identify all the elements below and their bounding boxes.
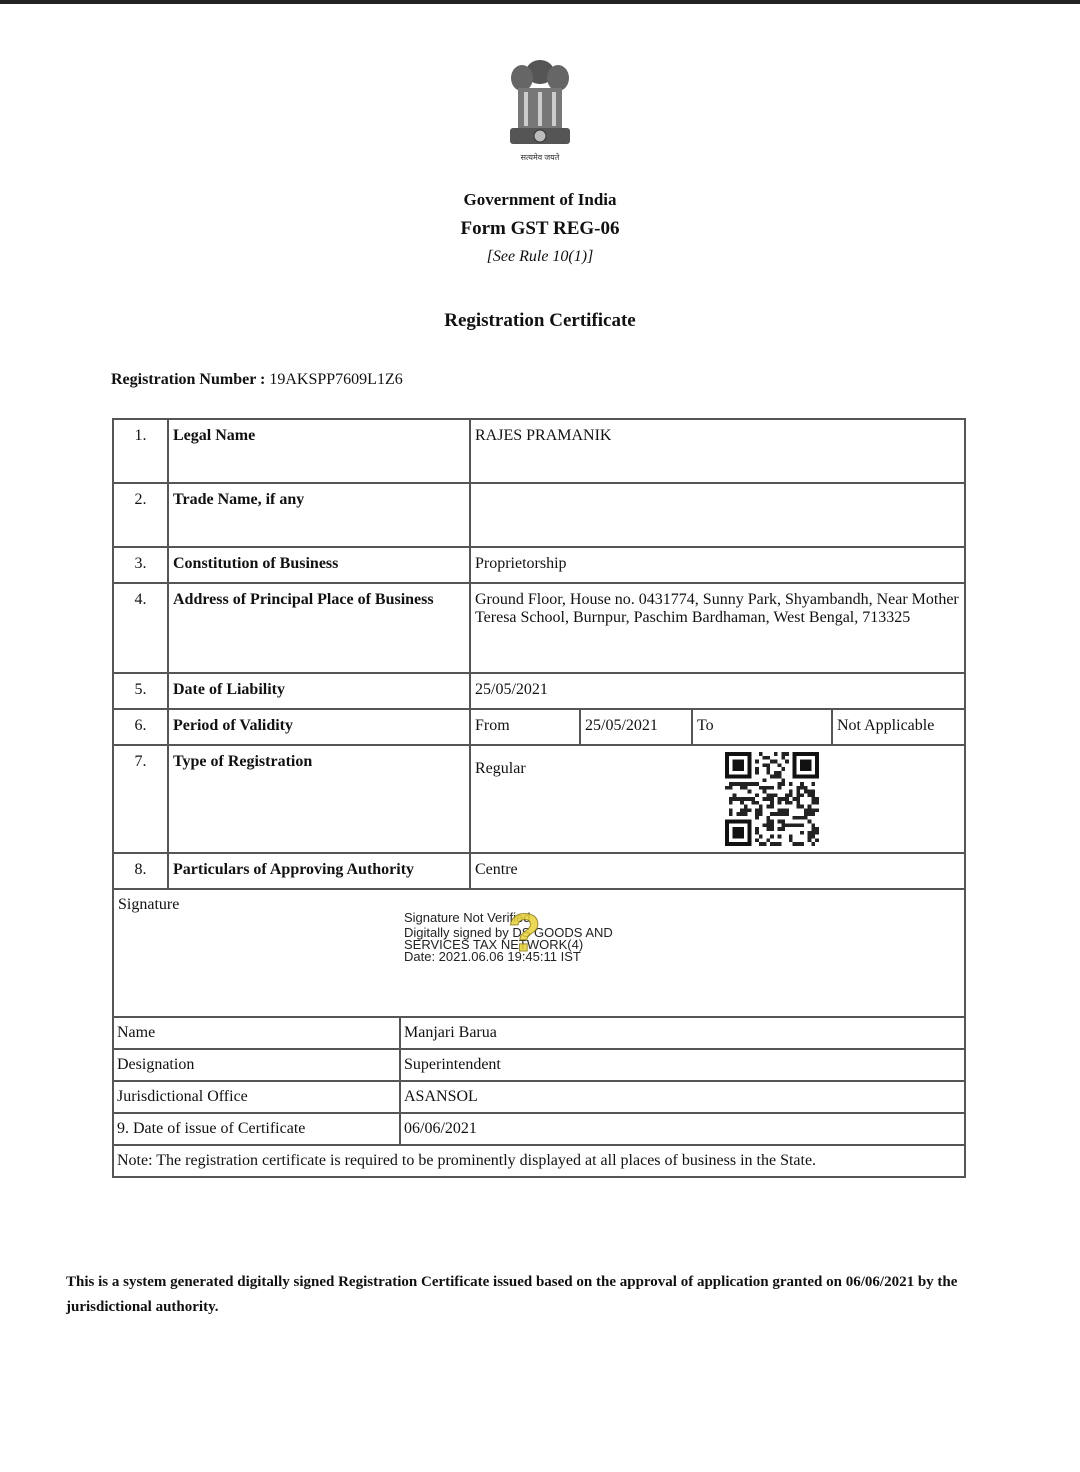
- table-row: 5. Date of Liability 25/05/2021: [113, 673, 965, 709]
- validity-from-label: From: [470, 709, 580, 745]
- authority-table: Name Manjari Barua Designation Superinte…: [112, 1016, 966, 1178]
- table-row: 1. Legal Name RAJES PRAMANIK: [113, 419, 965, 483]
- designation-value: Superintendent: [400, 1049, 965, 1081]
- registration-number-label: Registration Number :: [111, 371, 265, 388]
- row-number: 3.: [113, 547, 168, 583]
- page-title: Registration Certificate: [0, 310, 1080, 332]
- table-row: 8. Particulars of Approving Authority Ce…: [113, 853, 965, 889]
- certificate-details-table: 1. Legal Name RAJES PRAMANIK 2. Trade Na…: [112, 418, 966, 890]
- row-label: Type of Registration: [168, 745, 470, 853]
- row-label: Trade Name, if any: [168, 483, 470, 547]
- form-heading: Form GST REG-06: [0, 218, 1080, 240]
- legal-name-value: RAJES PRAMANIK: [470, 419, 965, 483]
- validity-from-value: 25/05/2021: [580, 709, 692, 745]
- table-row: 4. Address of Principal Place of Busines…: [113, 583, 965, 673]
- authority-label: Designation: [113, 1049, 400, 1081]
- approving-authority-value: Centre: [470, 853, 965, 889]
- constitution-value: Proprietorship: [470, 547, 965, 583]
- validity-to-label: To: [692, 709, 832, 745]
- row-number: 8.: [113, 853, 168, 889]
- table-row: Note: The registration certificate is re…: [113, 1145, 965, 1177]
- signature-label: Signature: [118, 896, 179, 914]
- authority-name-value: Manjari Barua: [400, 1017, 965, 1049]
- row-number: 5.: [113, 673, 168, 709]
- table-row: Designation Superintendent: [113, 1049, 965, 1081]
- row-number: 2.: [113, 483, 168, 547]
- liability-date-value: 25/05/2021: [470, 673, 965, 709]
- table-row: 3. Constitution of Business Proprietorsh…: [113, 547, 965, 583]
- rule-reference: [See Rule 10(1)]: [0, 248, 1080, 266]
- registration-type-value: Regular: [475, 760, 526, 777]
- trade-name-value: [470, 483, 965, 547]
- authority-label: 9. Date of issue of Certificate: [113, 1113, 400, 1145]
- validity-to-value: Not Applicable: [832, 709, 965, 745]
- row-label: Date of Liability: [168, 673, 470, 709]
- authority-label: Jurisdictional Office: [113, 1081, 400, 1113]
- row-number: 4.: [113, 583, 168, 673]
- row-label: Period of Validity: [168, 709, 470, 745]
- footer-statement: This is a system generated digitally sig…: [66, 1270, 1026, 1320]
- signature-section: Signature Signature Not Verified Digital…: [112, 890, 966, 1016]
- table-row: Name Manjari Barua: [113, 1017, 965, 1049]
- table-row: Jurisdictional Office ASANSOL: [113, 1081, 965, 1113]
- top-border: [0, 0, 1080, 4]
- table-row: 2. Trade Name, if any: [113, 483, 965, 547]
- table-row: 7. Type of Registration Regular: [113, 745, 965, 853]
- registration-type-cell: Regular: [470, 745, 965, 853]
- row-number: 7.: [113, 745, 168, 853]
- registration-number: Registration Number : 19AKSPP7609L1Z6: [111, 371, 403, 389]
- issue-date-value: 06/06/2021: [400, 1113, 965, 1145]
- row-number: 1.: [113, 419, 168, 483]
- svg-text:सत्यमेव जयते: सत्यमेव जयते: [521, 152, 560, 162]
- row-number: 6.: [113, 709, 168, 745]
- registration-number-value: 19AKSPP7609L1Z6: [269, 371, 402, 388]
- table-row: 6. Period of Validity From 25/05/2021 To…: [113, 709, 965, 745]
- qr-code-icon: [725, 752, 819, 846]
- display-note: Note: The registration certificate is re…: [113, 1145, 965, 1177]
- question-mark-icon[interactable]: ?: [508, 902, 541, 964]
- row-label: Address of Principal Place of Business: [168, 583, 470, 673]
- national-emblem-icon: सत्यमेव जयते: [500, 50, 580, 165]
- jurisdictional-office-value: ASANSOL: [400, 1081, 965, 1113]
- row-label: Constitution of Business: [168, 547, 470, 583]
- row-label: Legal Name: [168, 419, 470, 483]
- government-heading: Government of India: [0, 190, 1080, 210]
- row-label: Particulars of Approving Authority: [168, 853, 470, 889]
- authority-label: Name: [113, 1017, 400, 1049]
- table-row: 9. Date of issue of Certificate 06/06/20…: [113, 1113, 965, 1145]
- address-value: Ground Floor, House no. 0431774, Sunny P…: [470, 583, 965, 673]
